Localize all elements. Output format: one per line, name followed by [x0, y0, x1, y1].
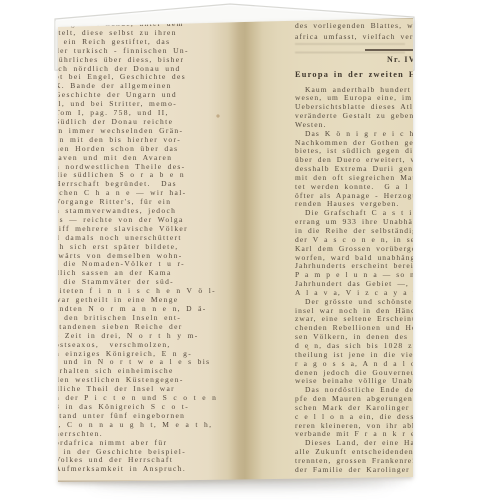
intro-lines: des vorliegenden Blattes, welchafrica um…	[295, 21, 415, 42]
text-line: des vorliegenden Blattes, welch	[295, 21, 415, 32]
body-lines: Kaum anderthalb hundertwesen, um Europa …	[295, 86, 415, 475]
text-line: der Familie der Karolinger g	[295, 466, 415, 475]
text-line: africa umfasst, vielfach verbess	[295, 32, 415, 43]
product-photo: im ganzen Lande, unter demttelt, diese s…	[0, 0, 500, 500]
right-text-column: des vorliegenden Blattes, welchafrica um…	[295, 21, 415, 475]
text-line: Aufmerksamkeit in Anspruch.	[55, 465, 225, 474]
card-front-panel: im ganzen Lande, unter demttelt, diese s…	[58, 18, 413, 482]
section-title: Europa in der zweiten Hälfte	[295, 70, 415, 79]
left-text-column: im ganzen Lande, unter demttelt, diese s…	[55, 20, 225, 474]
bleed-through-ghost	[295, 43, 405, 60]
